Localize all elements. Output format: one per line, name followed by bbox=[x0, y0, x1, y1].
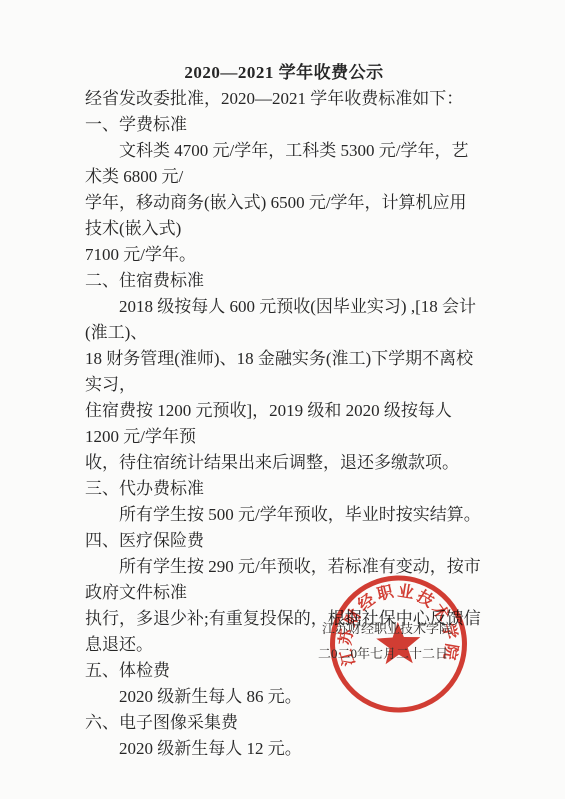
body-line: 收，待住宿统计结果出来后调整，退还多缴款项。 bbox=[85, 450, 483, 476]
body-line: 学年，移动商务(嵌入式) 6500 元/学年，计算机应用技术(嵌入式) bbox=[85, 190, 483, 242]
section-heading: 三、代办费标准 bbox=[85, 476, 483, 502]
signature-date: 二0二0年七月二十二日 bbox=[318, 641, 478, 666]
section-body: 所有学生按 500 元/学年预收，毕业时按实结算。 bbox=[85, 502, 483, 528]
body-line: 18 财务管理(淮师)、18 金融实务(淮工)下学期不离校实习， bbox=[85, 346, 483, 398]
body-line: 2018 级按每人 600 元预收(因毕业实习) ,[18 会计(淮工)、 bbox=[85, 294, 483, 346]
body-line: 文科类 4700 元/学年，工科类 5300 元/学年，艺术类 6800 元/ bbox=[85, 138, 483, 190]
body-line: 7100 元/学年。 bbox=[85, 242, 483, 268]
scanned-document-page: 2020—2021 学年收费公示 经省发改委批准，2020—2021 学年收费标… bbox=[0, 0, 565, 799]
section-tuition: 一、学费标准 文科类 4700 元/学年，工科类 5300 元/学年，艺术类 6… bbox=[85, 112, 483, 268]
section-heading: 一、学费标准 bbox=[85, 112, 483, 138]
section-body: 2020 级新生每人 12 元。 bbox=[85, 736, 483, 762]
section-body: 文科类 4700 元/学年，工科类 5300 元/学年，艺术类 6800 元/ … bbox=[85, 138, 483, 268]
body-line: 住宿费按 1200 元预收]，2019 级和 2020 级按每人 1200 元/… bbox=[85, 398, 483, 450]
body-line: 所有学生按 500 元/学年预收，毕业时按实结算。 bbox=[85, 502, 483, 528]
section-body: 2018 级按每人 600 元预收(因毕业实习) ,[18 会计(淮工)、 18… bbox=[85, 294, 483, 476]
section-heading: 四、医疗保险费 bbox=[85, 528, 483, 554]
intro-line: 经省发改委批准，2020—2021 学年收费标准如下： bbox=[85, 86, 483, 112]
page-title: 2020—2021 学年收费公示 bbox=[85, 60, 483, 86]
signature-organization: 江苏财经职业技术学院 bbox=[318, 616, 478, 641]
section-agency-fee: 三、代办费标准 所有学生按 500 元/学年预收，毕业时按实结算。 bbox=[85, 476, 483, 528]
section-accommodation: 二、住宿费标准 2018 级按每人 600 元预收(因毕业实习) ,[18 会计… bbox=[85, 268, 483, 476]
section-photo-collection: 六、电子图像采集费 2020 级新生每人 12 元。 bbox=[85, 710, 483, 762]
body-line: 2020 级新生每人 12 元。 bbox=[85, 736, 483, 762]
section-heading: 二、住宿费标准 bbox=[85, 268, 483, 294]
signature-block: 江苏财经职业技术学院 二0二0年七月二十二日 bbox=[318, 616, 478, 666]
